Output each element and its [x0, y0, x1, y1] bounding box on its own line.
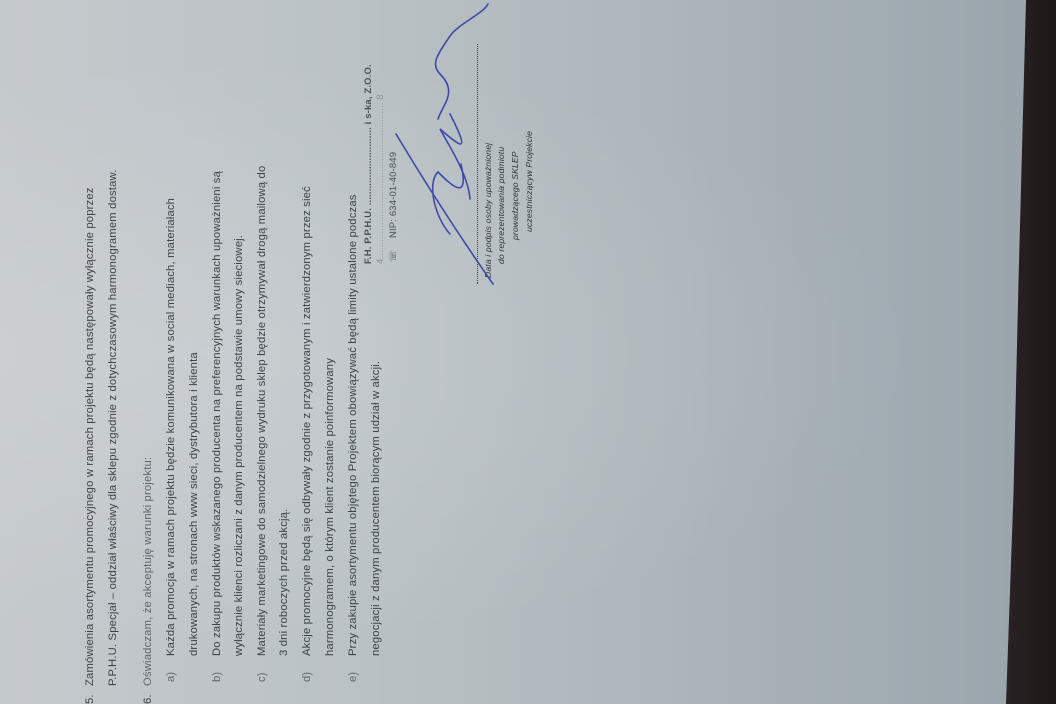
- desk-edge: [1006, 0, 1056, 704]
- handwritten-signature: [78, 4, 598, 704]
- document-page: 5. Zamówienia asortymentu promocyjnego w…: [78, 4, 598, 704]
